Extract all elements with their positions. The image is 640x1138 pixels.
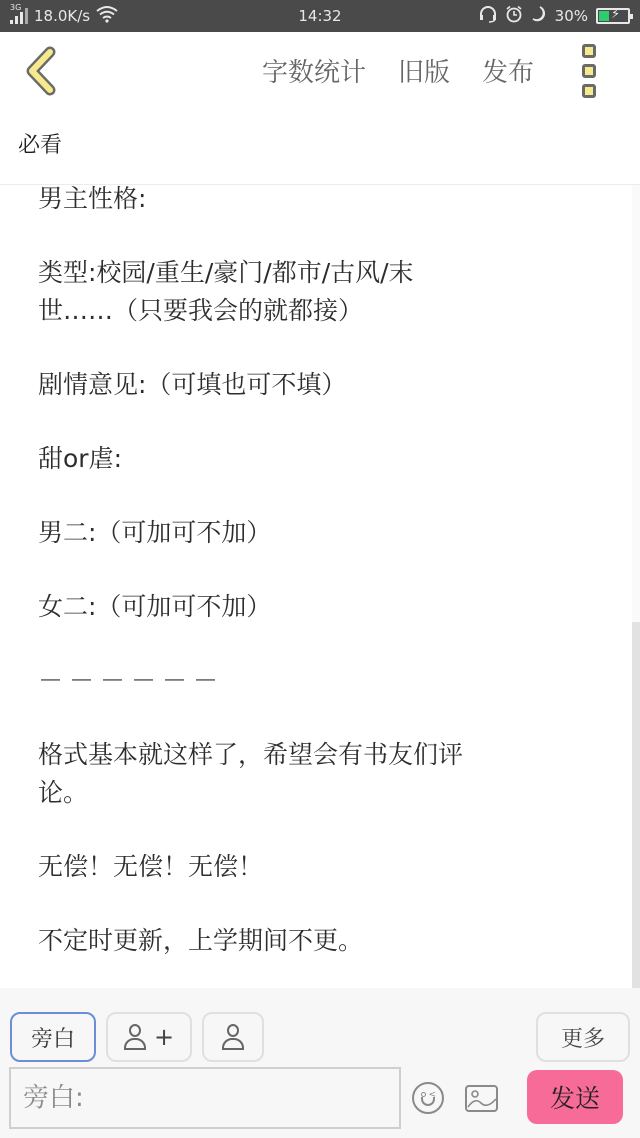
old-version-button[interactable]: 旧版 [398,52,450,89]
more-options-button[interactable]: 更多 [536,1012,630,1062]
paragraph: 男主性格: [38,180,598,218]
status-right: 30% ⚡ [479,0,630,32]
chevron-left-icon [20,46,68,96]
back-button[interactable] [20,46,68,96]
paragraph: 甜or虐: [38,440,598,478]
more-vertical-icon [582,44,596,58]
more-menu-button[interactable] [578,44,600,98]
word-count-button[interactable]: 字数统计 [262,52,366,89]
editor-toolbar: 字数统计 旧版 发布 [0,32,640,110]
more-dot [582,64,596,78]
paragraph: 剧情意见:（可填也可不填） [38,366,598,404]
narrator-chip-label: 旁白 [31,1022,75,1053]
plus-label: + [154,1023,174,1051]
person-icon [222,1024,244,1050]
paragraph: 不定时更新，上学期间不更。 [38,922,598,960]
status-left: 3G 18.0K/s [10,0,118,32]
document-body[interactable]: 男主性格: 类型:校园/重生/豪门/都市/古风/末 世……（只要我会的就都接） … [38,180,598,996]
more-options-label: 更多 [561,1022,605,1053]
signal-icon: 3G [10,8,28,24]
message-input-box [9,1067,401,1129]
alarm-icon [505,5,523,27]
battery-charging-icon: ⚡ [596,8,630,24]
battery-percent: 30% [555,7,588,25]
paragraph: 类型:校园/重生/豪门/都市/古风/末 世……（只要我会的就都接） [38,254,598,330]
add-person-icon [124,1024,146,1050]
add-role-button[interactable]: + [106,1012,192,1062]
send-label: 发送 [550,1079,600,1115]
more-dot [582,84,596,98]
headset-icon [479,5,497,27]
narrator-chip[interactable]: 旁白 [10,1012,96,1062]
wifi-icon [96,5,118,27]
document-title[interactable]: 必看 [18,128,62,159]
network-type: 3G [10,4,21,12]
emoji-icon[interactable]: < [412,1082,444,1114]
paragraph: 格式基本就这样了，希望会有书友们评 论。 [38,736,598,812]
separator-line: －－－－－－ [38,662,598,700]
network-speed: 18.0K/s [34,7,90,25]
publish-button[interactable]: 发布 [482,52,534,89]
scrollbar-thumb[interactable] [632,622,640,988]
moon-icon [531,5,547,27]
paragraph: 男二:（可加可不加） [38,514,598,552]
toolbar-actions: 字数统计 旧版 发布 [262,52,534,89]
paragraph: 无偿！无偿！无偿！ [38,848,598,886]
status-bar: 3G 18.0K/s 14:32 30% ⚡ [0,0,640,32]
image-icon[interactable] [465,1085,498,1112]
role-button[interactable] [202,1012,264,1062]
message-input[interactable] [11,1069,399,1127]
paragraph: 女二:（可加可不加） [38,588,598,626]
send-button[interactable]: 发送 [527,1070,623,1124]
